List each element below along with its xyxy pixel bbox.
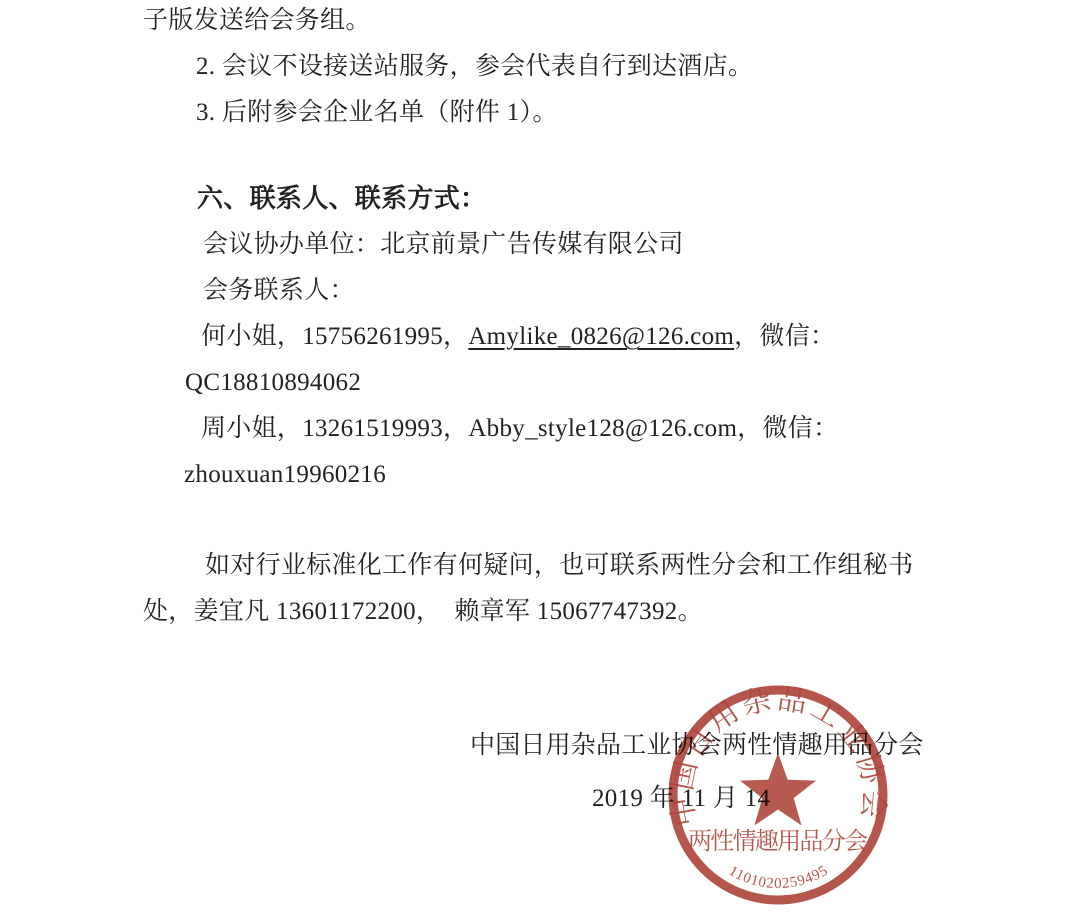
- co-organizer-line: 会议协办单位：北京前景广告传媒有限公司: [203, 230, 684, 260]
- contact2-wechat-label: ，微信：: [737, 415, 838, 442]
- list-item-2: 2. 会议不设接送站服务，参会代表自行到达酒店。: [196, 52, 753, 82]
- contact-persons-label: 会务联系人：: [203, 276, 355, 306]
- contact1-name-phone: 何小姐，15756261995，: [201, 323, 468, 350]
- contact2-name-phone: 周小姐，13261519993，: [201, 415, 468, 442]
- list-item-3: 3. 后附参会企业名单（附件 1）。: [196, 98, 558, 128]
- contact1-wechat-label: ，微信：: [734, 323, 835, 350]
- contact2-line: 周小姐，13261519993，Abby_style128@126.com，微信…: [201, 414, 838, 444]
- seal-star-icon: [740, 753, 816, 825]
- official-seal: 中国日用杂品工业协会 两性情趣用品分会 1101020259495: [656, 673, 900, 917]
- contact2-email: Abby_style128@126.com: [468, 415, 737, 442]
- seal-branch-text: 两性情趣用品分会: [688, 828, 868, 855]
- note-line-2: 处，姜宜凡 13601172200， 赖章军 15067747392。: [143, 597, 703, 627]
- contact1-line: 何小姐，15756261995，Amylike_0826@126.com，微信：: [201, 322, 835, 352]
- note-line-1: 如对行业标准化工作有何疑问，也可联系两性分会和工作组秘书: [205, 551, 913, 581]
- document-page: 子版发送给会务组。 2. 会议不设接送站服务，参会代表自行到达酒店。 3. 后附…: [0, 0, 1080, 919]
- contact2-wechat-id: zhouxuan19960216: [184, 460, 386, 490]
- svg-text:1101020259495: 1101020259495: [726, 863, 831, 892]
- seal-serial-number: 1101020259495: [726, 863, 831, 892]
- contact1-wechat-id: QC18810894062: [185, 368, 361, 398]
- contact1-email-link[interactable]: Amylike_0826@126.com: [468, 323, 734, 350]
- paragraph-continuation-line: 子版发送给会务组。: [143, 6, 371, 36]
- section-heading-contacts: 六、联系人、联系方式：: [197, 183, 486, 214]
